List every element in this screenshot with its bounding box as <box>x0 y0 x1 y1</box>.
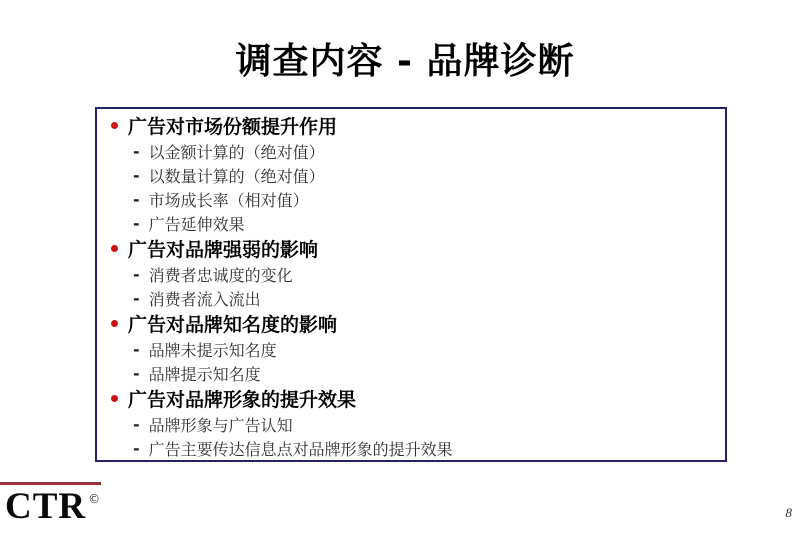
sub-item-row: - 以金额计算的（绝对值） <box>97 139 725 163</box>
section-heading-label: 广告对品牌形象的提升效果 <box>128 385 356 412</box>
dash-icon: - <box>133 439 140 458</box>
sub-item-label: 品牌未提示知名度 <box>149 338 277 361</box>
bullet-icon <box>111 245 118 252</box>
dash-icon: - <box>133 364 140 383</box>
sub-item-row: - 品牌形象与广告认知 <box>97 412 725 436</box>
sub-item-label: 市场成长率（相对值） <box>149 188 309 211</box>
sub-item-row: - 品牌提示知名度 <box>97 361 725 385</box>
sub-item-label: 以数量计算的（绝对值） <box>149 164 325 187</box>
presentation-slide: 调查内容 - 品牌诊断 广告对市场份额提升作用 - 以金额计算的（绝对值） - … <box>0 0 810 540</box>
sub-item-label: 品牌提示知名度 <box>149 362 261 385</box>
ctr-logo-text: CTR <box>5 486 86 527</box>
sub-item-label: 消费者忠诚度的变化 <box>149 263 293 286</box>
page-title: 调查内容 - 品牌诊断 <box>0 40 810 83</box>
section-heading-label: 广告对品牌强弱的影响 <box>128 235 318 262</box>
section-heading-label: 广告对市场份额提升作用 <box>128 112 337 139</box>
sub-item-row: - 消费者忠诚度的变化 <box>97 262 725 286</box>
dash-icon: - <box>133 289 140 308</box>
sub-item-row: - 广告延伸效果 <box>97 211 725 235</box>
section-heading-label: 广告对品牌知名度的影响 <box>128 310 337 337</box>
ctr-logo: CTR© <box>5 488 101 525</box>
bullet-icon <box>111 395 118 402</box>
dash-icon: - <box>133 214 140 233</box>
sub-item-label: 以金额计算的（绝对值） <box>149 140 325 163</box>
page-number: 8 <box>786 505 793 521</box>
sub-item-row: - 品牌未提示知名度 <box>97 337 725 361</box>
sub-item-row: - 广告主要传达信息点对品牌形象的提升效果 <box>97 436 725 460</box>
logo-accent-line <box>0 482 101 485</box>
bullet-icon <box>111 122 118 129</box>
dash-icon: - <box>133 142 140 161</box>
sub-item-label: 广告延伸效果 <box>149 212 245 235</box>
sub-item-row: - 消费者流入流出 <box>97 286 725 310</box>
dash-icon: - <box>133 265 140 284</box>
section-heading-row: 广告对品牌强弱的影响 <box>97 235 725 262</box>
section-heading-row: 广告对品牌形象的提升效果 <box>97 385 725 412</box>
dash-icon: - <box>133 166 140 185</box>
dash-icon: - <box>133 415 140 434</box>
sub-item-label: 广告主要传达信息点对品牌形象的提升效果 <box>149 437 453 460</box>
dash-icon: - <box>133 340 140 359</box>
sub-item-label: 品牌形象与广告认知 <box>149 413 293 436</box>
content-box: 广告对市场份额提升作用 - 以金额计算的（绝对值） - 以数量计算的（绝对值） … <box>95 107 727 462</box>
section-heading-row: 广告对品牌知名度的影响 <box>97 310 725 337</box>
sub-item-row: - 以数量计算的（绝对值） <box>97 163 725 187</box>
sub-item-row: - 市场成长率（相对值） <box>97 187 725 211</box>
dash-icon: - <box>133 190 140 209</box>
copyright-icon: © <box>88 492 101 506</box>
bullet-icon <box>111 320 118 327</box>
section-heading-row: 广告对市场份额提升作用 <box>97 112 725 139</box>
sub-item-label: 消费者流入流出 <box>149 287 261 310</box>
